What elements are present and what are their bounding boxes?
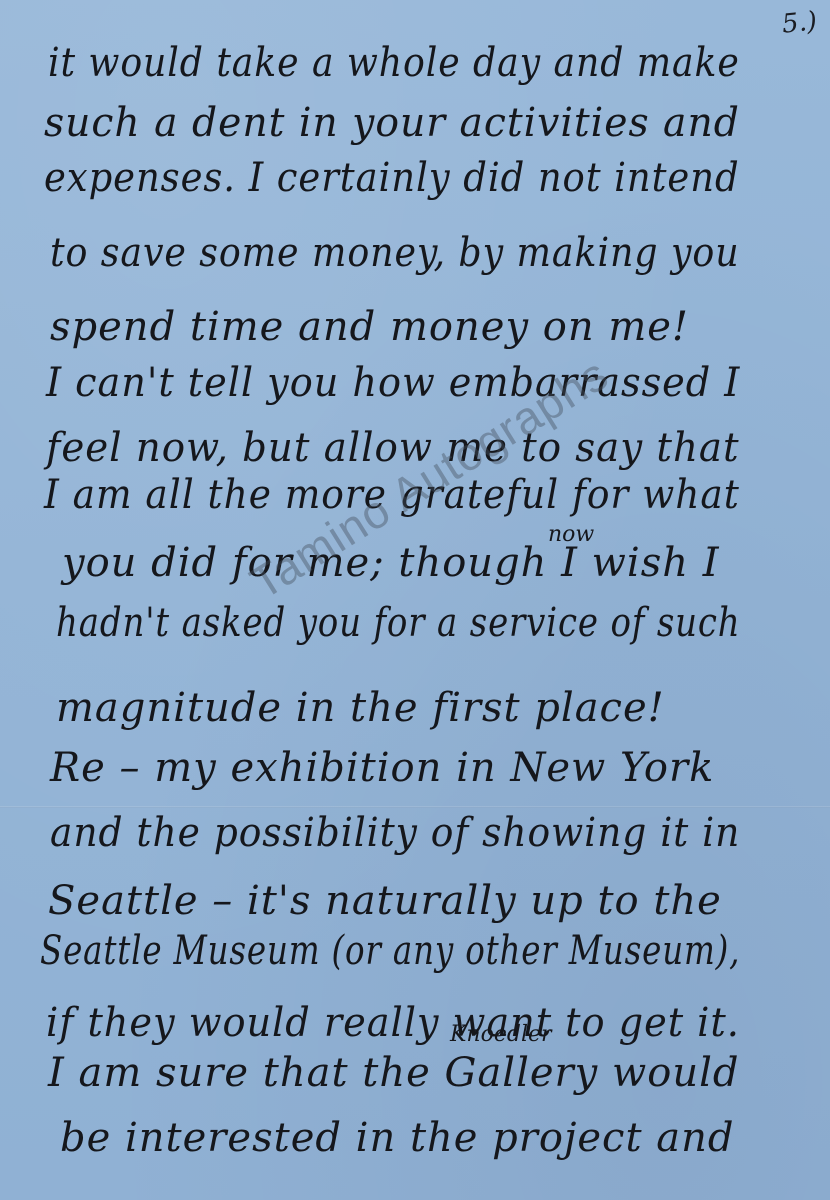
letter-line: Re – my exhibition in New York — [50, 745, 714, 791]
letter-line: be interested in the project and — [60, 1115, 734, 1161]
letter-line: spend time and money on me! — [50, 304, 689, 350]
letter-line: expenses. I certainly did not intend — [44, 155, 740, 201]
inserted-word-knoedler: Knoedler — [450, 1022, 552, 1047]
letter-line: magnitude in the first place! — [56, 685, 665, 731]
letter-line: it would take a whole day and make — [48, 40, 740, 86]
letter-line: and the possibility of showing it in — [50, 810, 740, 856]
letter-line: you did for me; though I wish I — [62, 540, 720, 586]
letter-line: such a dent in your activities and — [44, 100, 740, 146]
letter-line: Seattle Museum (or any other Museum), — [40, 928, 740, 974]
letter-line: to save some money, by making you — [50, 230, 740, 276]
paper-fold-line — [0, 806, 830, 808]
letter-line: I am sure that the Gallery would — [48, 1050, 739, 1096]
letter-page: 5.) it would take a whole day and make s… — [0, 0, 830, 1200]
letter-line: feel now, but allow me to say that — [46, 425, 740, 471]
letter-line: Seattle – it's naturally up to the — [48, 878, 722, 924]
letter-line: I can't tell you how embarrassed I — [46, 360, 740, 406]
letter-line: if they would really want to get it. — [46, 1000, 740, 1046]
page-number: 5.) — [781, 6, 819, 39]
letter-line: hadn't asked you for a service of such — [56, 600, 741, 646]
